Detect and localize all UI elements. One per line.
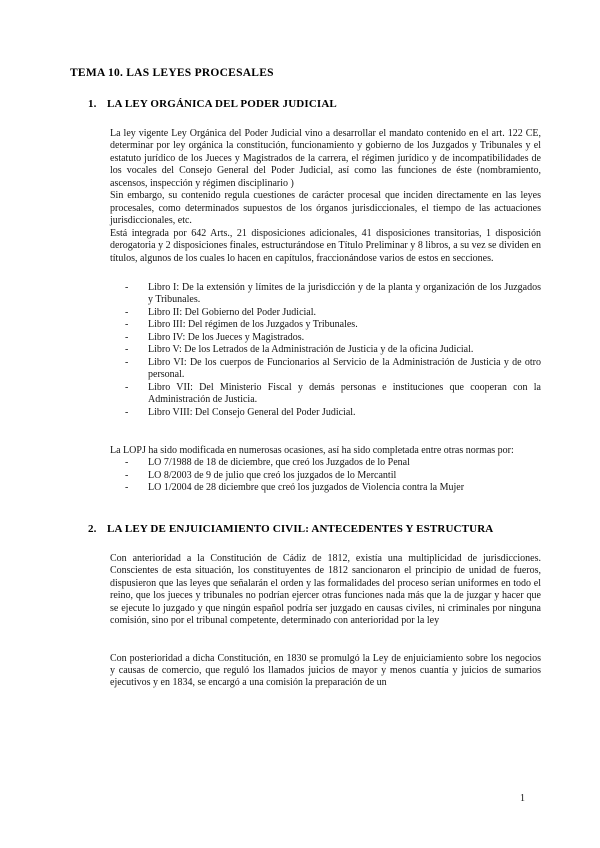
leyes-list: - LO 7/1988 de 18 de diciembre, que creó…: [110, 457, 541, 494]
section-2-number: 2.: [88, 523, 107, 536]
section-1-body: La ley vigente Ley Orgánica del Poder Ju…: [110, 128, 541, 495]
dash-bullet: -: [125, 332, 148, 344]
list-item-text: Libro VI: De los cuerpos de Funcionarios…: [148, 357, 541, 382]
list-item-text: LO 8/2003 de 9 de julio que creó los juz…: [148, 470, 541, 482]
section-1-number: 1.: [88, 98, 107, 111]
list-item: - Libro IV: De los Jueces y Magistrados.: [110, 332, 541, 344]
list-item: - Libro III: Del régimen de los Juzgados…: [110, 319, 541, 331]
list-item-text: LO 7/1988 de 18 de diciembre, que creó l…: [148, 457, 541, 469]
dash-bullet: -: [125, 482, 148, 494]
document-page: TEMA 10. LAS LEYES PROCESALES 1. LA LEY …: [0, 0, 600, 848]
section-1-heading-text: LA LEY ORGÁNICA DEL PODER JUDICIAL: [107, 98, 337, 111]
paragraph: Está integrada por 642 Arts., 21 disposi…: [110, 228, 541, 265]
list-item: - Libro V: De los Letrados de la Adminis…: [110, 344, 541, 356]
dash-bullet: -: [125, 307, 148, 319]
section-2-heading: 2. LA LEY DE ENJUICIAMIENTO CIVIL: ANTEC…: [88, 523, 541, 536]
list-item-text: Libro VIII: Del Consejo General del Pode…: [148, 407, 541, 419]
spacer: [110, 628, 541, 653]
section-2-heading-text: LA LEY DE ENJUICIAMIENTO CIVIL: ANTECEDE…: [107, 523, 493, 536]
spacer: [110, 265, 541, 282]
section-1-heading: 1. LA LEY ORGÁNICA DEL PODER JUDICIAL: [88, 98, 541, 111]
dash-bullet: -: [125, 470, 148, 482]
page-number: 1: [520, 793, 525, 805]
spacer: [70, 495, 541, 523]
document-title: TEMA 10. LAS LEYES PROCESALES: [70, 66, 541, 80]
paragraph: La ley vigente Ley Orgánica del Poder Ju…: [110, 128, 541, 190]
list-item: - Libro VIII: Del Consejo General del Po…: [110, 407, 541, 419]
dash-bullet: -: [125, 457, 148, 469]
paragraph: Con posterioridad a dicha Constitución, …: [110, 653, 541, 690]
list-item: - Libro VI: De los cuerpos de Funcionari…: [110, 357, 541, 382]
list-item-text: Libro V: De los Letrados de la Administr…: [148, 344, 541, 356]
list-item-text: Libro VII: Del Ministerio Fiscal y demás…: [148, 382, 541, 407]
paragraph: Sin embargo, su contenido regula cuestio…: [110, 190, 541, 227]
list-item: - Libro II: Del Gobierno del Poder Judic…: [110, 307, 541, 319]
dash-bullet: -: [125, 407, 148, 419]
list-item: - Libro I: De la extensión y límites de …: [110, 282, 541, 307]
spacer: [110, 419, 541, 445]
list-item-text: Libro III: Del régimen de los Juzgados y…: [148, 319, 541, 331]
libros-list: - Libro I: De la extensión y límites de …: [110, 282, 541, 419]
dash-bullet: -: [125, 282, 148, 307]
list-item: - LO 8/2003 de 9 de julio que creó los j…: [110, 470, 541, 482]
list-item-text: Libro IV: De los Jueces y Magistrados.: [148, 332, 541, 344]
paragraph: La LOPJ ha sido modificada en numerosas …: [110, 445, 541, 457]
paragraph: Con anterioridad a la Constitución de Cá…: [110, 553, 541, 628]
list-item-text: Libro II: Del Gobierno del Poder Judicia…: [148, 307, 541, 319]
list-item: - LO 1/2004 de 28 diciembre que creó los…: [110, 482, 541, 494]
list-item: - LO 7/1988 de 18 de diciembre, que creó…: [110, 457, 541, 469]
list-item-text: Libro I: De la extensión y límites de la…: [148, 282, 541, 307]
section-2-body: Con anterioridad a la Constitución de Cá…: [110, 553, 541, 690]
dash-bullet: -: [125, 319, 148, 331]
dash-bullet: -: [125, 382, 148, 407]
dash-bullet: -: [125, 357, 148, 382]
dash-bullet: -: [125, 344, 148, 356]
list-item: - Libro VII: Del Ministerio Fiscal y dem…: [110, 382, 541, 407]
list-item-text: LO 1/2004 de 28 diciembre que creó los j…: [148, 482, 541, 494]
page-content: TEMA 10. LAS LEYES PROCESALES 1. LA LEY …: [70, 66, 541, 690]
